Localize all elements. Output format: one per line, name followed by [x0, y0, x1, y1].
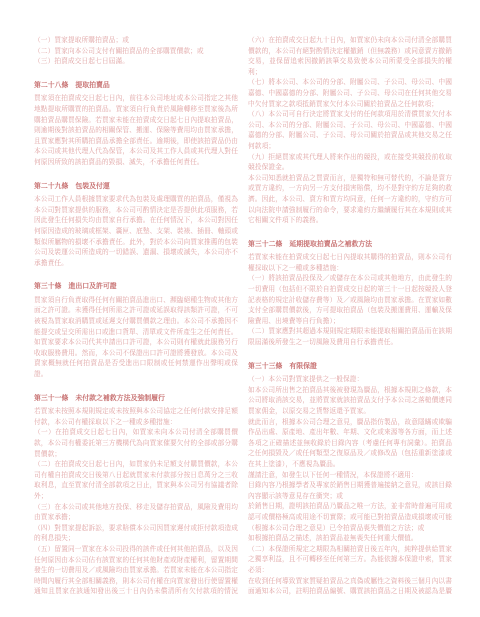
list-item: （九）拒絕買家或其代理人將來作出的競投，或在接受其競投前收取競投保證金。 [248, 153, 452, 174]
list-item: （二）買家向本公司支付有關拍賣品的全部購買價款；或 [34, 47, 238, 58]
list-item: （八）本公司可自行決定將買家支付的任何款項用於清償買家欠付本公司、本公司的分部、… [248, 110, 452, 152]
paragraph: 如買家要求本公司代其申請出口許可證，本公司則有權就此服務另行收取服務費用。然而，… [34, 338, 238, 380]
list-item: （四）對買家提起訴訟，要求賠償本公司因買家遲付或拒付款項造成的利息損失； [34, 524, 238, 545]
list-item: （一）本公司對買家提供之一般保證： [248, 375, 452, 386]
document-content: （一）買家提取所購拍賣品；或（二）買家向本公司支付有關拍賣品的全部購買價款；或（… [0, 0, 480, 617]
section-heading: 第三十三條 有限保證 [248, 362, 452, 373]
list-item: （五）留置同一買家在本公司投得的該件或任何其他拍賣品，以及因任何原因由本公司佔有… [34, 545, 238, 596]
list-item: （一）將該拍賣品投保及／或儲存在本公司或其他地方，由此發生的一切費用（包括但不限… [248, 274, 452, 327]
section-heading: 第二十八條 提取拍賣品 [34, 81, 238, 92]
list-item: （一）買家提取所購拍賣品；或 [34, 36, 238, 47]
paragraph: 於銷售日期，證明該拍賣品乃贗品之唯一方法，並非當時普遍可用或認可或價格極高或用途… [248, 502, 452, 534]
list-item: （二）在拍賣成交日起七日內，如買家仍未足額支付購買價款，本公司有權自拍賣成交日後… [34, 460, 238, 502]
list-item: （三）拍賣成交日起七日屆滿。 [34, 57, 238, 68]
section-heading: 第二十九條 包裝及付運 [34, 182, 238, 193]
list-item: （二）買家應對其超過本規則規定期限未能提取相關拍賣品而在該期限屆滿後所發生之一切… [248, 327, 452, 348]
list-item: （三）在本公司或其他地方投保、移走及儲存拍賣品，風險及費用均由買家承擔； [34, 503, 238, 524]
paragraph: 謹請注意，如發生以下任何一種情況，本保證將不適用： [248, 471, 452, 482]
paragraph: 買家須自行負責取得任何有關拍賣品進出口、瀕臨絕種生物或其他方面之許可證。未獲得任… [34, 296, 238, 338]
list-item: （二）本保證所規定之期限為相關拍賣日後五年內，純粹提供給買家之獨享利益，且不可轉… [248, 545, 452, 577]
paragraph: 就此而言，根據本公司合理之意見，贗品指仿製品，故意隱瞞或欺騙作品出處、原產地、產… [248, 418, 452, 471]
column-right: （六）在拍賣成交日起九十日內，如買家仍未向本公司付清全部購買價款的，本公司有絕對… [248, 36, 452, 596]
paragraph: 買家須在拍賣成交日起七日內，前往本公司地址或本公司指定之其他地點提取所購買的拍賣… [34, 94, 238, 168]
section-heading: 第三十條 進出口及許可證 [34, 282, 238, 293]
paragraph: 如本公司所出售之拍賣品其後被發現為贗品，根據本規則之條款，本公司將取消該交易，並… [248, 386, 452, 418]
section-heading: 第三十一條 未付款之補救方法及強制履行 [34, 394, 238, 405]
paragraph: 本公司工作人員根據買家要求代為包裝及處理購買的拍賣品，僅視為本公司對買家提供的服… [34, 195, 238, 269]
paragraph: 若買家未按照本規則規定或未按照與本公司協定之任何付款安排足額付款，本公司有權採取… [34, 407, 238, 428]
list-item: （六）在拍賣成交日起九十日內，如買家仍未向本公司付清全部購買價款的，本公司有絕對… [248, 36, 452, 78]
list-item: （一）在拍賣成交日起七日內，如買家未向本公司付清全部購買價款，本公司有權委託第三… [34, 428, 238, 460]
paragraph: 如根據拍賣品之描述，該拍賣品並無喪失任何重大價值。 [248, 534, 452, 545]
paragraph: 本公司知悉就拍賣品之買賣而言，是獨特和無可替代的，不論是賣方或買方違約，一方向另… [248, 174, 452, 227]
section-heading: 第三十二條 延期提取拍賣品之補救方法 [248, 240, 452, 251]
paragraph: 若買家未能在拍賣成交日起七日內提取其購得的拍賣品，則本公司有權採取以下之一種或多… [248, 253, 452, 274]
document-page: （一）買家提取所購拍賣品；或（二）買家向本公司支付有關拍賣品的全部購買價款；或（… [0, 0, 480, 617]
paragraph: 在收到任何導致買家質疑拍賣品之真偽或屬性之資料後三個月內以書面通知本公司，註明拍… [248, 577, 452, 597]
paragraph: 目錄內容乃根據學者及專家於銷售日期獲普遍接納之意見，或該目錄內容顯示該等意見存在… [248, 481, 452, 502]
list-item: （七）將本公司、本公司的分部、附屬公司、子公司、母公司、中國嘉德、中國嘉德的分部… [248, 78, 452, 110]
column-left: （一）買家提取所購拍賣品；或（二）買家向本公司支付有關拍賣品的全部購買價款；或（… [34, 36, 238, 596]
